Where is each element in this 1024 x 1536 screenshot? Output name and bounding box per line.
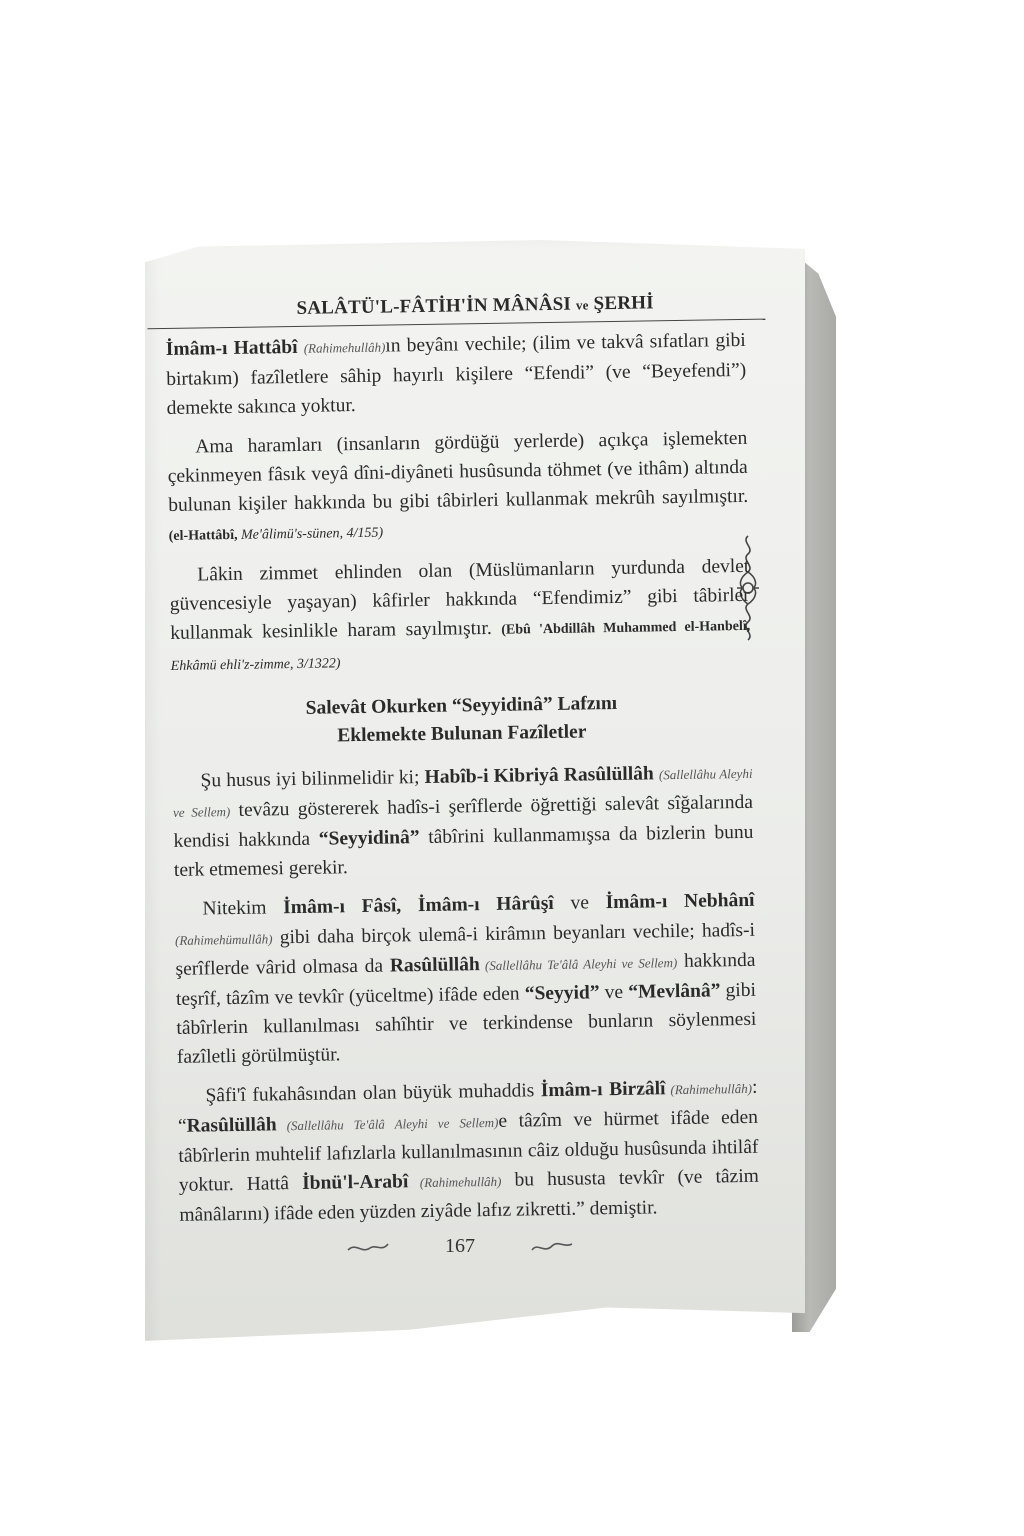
honorific: (Rahimehümullâh): [175, 931, 273, 948]
honorific: (Sallellâhu Te'âlâ Aleyhi ve Sellem): [276, 1115, 498, 1133]
header-title-end: ŞERHİ: [593, 292, 653, 314]
page-content: SALÂTÜ'L-FÂTİH'İN MÂNÂSI ve ŞERHİ İmâm-ı…: [165, 291, 760, 1240]
paragraph: Şâfi'î fukahâsından olan büyük muhaddis …: [177, 1073, 759, 1230]
bold-name: İmâm-ı Hattâbî: [166, 337, 304, 360]
bold-name: İmâm-ı Birzâlî: [541, 1078, 666, 1101]
paragraph: Şu husus iyi bilinmelidir ki; Habîb-i Ki…: [172, 758, 754, 885]
paragraph: Lâkin zimmet ehlinden olan (Müslümanları…: [169, 552, 751, 681]
citation-author: (el-Hattâbî,: [169, 528, 242, 544]
honorific: (Rahimehullâh): [665, 1081, 752, 1097]
honorific: (Rahimehullâh): [408, 1174, 501, 1190]
page-number: 167: [445, 1235, 475, 1257]
text-run: Ama haramları (insanların gördüğü yerler…: [168, 428, 749, 516]
honorific: (Rahimehullâh): [304, 340, 386, 356]
honorific: (Sallellâhu Te'âlâ Aleyhi ve Sellem): [480, 955, 678, 973]
paragraph: İmâm-ı Hattâbî (Rahimehullâh)ın beyânı v…: [166, 326, 747, 423]
flourish-left-icon: [346, 1238, 390, 1256]
text-run: Şu husus iyi bilinmelidir ki;: [200, 767, 424, 792]
book-photo: SALÂTÜ'L-FÂTİH'İN MÂNÂSI ve ŞERHİ İmâm-ı…: [0, 0, 1024, 1536]
page-footer: 167: [330, 1235, 590, 1258]
bold-name: “Seyyidinâ”: [319, 827, 420, 850]
text-run: ve: [599, 982, 628, 1003]
bold-name: Habîb-i Kibriyâ Rasûlüllâh: [424, 763, 659, 788]
bold-name: “Mevlânâ”: [628, 980, 720, 1002]
body-text-part-1: İmâm-ı Hattâbî (Rahimehullâh)ın beyânı v…: [166, 326, 751, 681]
header-title: SALÂTÜ'L-FÂTİH'İN MÂNÂSI: [296, 294, 571, 319]
text-run: Şâfi'î fukahâsından olan büyük muhaddis: [205, 1080, 541, 1106]
bold-name: “Seyyid”: [525, 982, 600, 1004]
text-run: ve: [554, 892, 606, 914]
body-text-part-2: Şu husus iyi bilinmelidir ki; Habîb-i Ki…: [172, 758, 759, 1230]
bold-name: İmâm-ı Fâsî, İmâm-ı Hârûşî: [283, 893, 554, 918]
section-heading: Salevât Okurken “Seyyidinâ” Lafzını Ekle…: [171, 688, 752, 753]
citation-source: Ehkâmü ehli'z-zimme, 3/1322): [171, 656, 341, 674]
text-run: Nitekim: [202, 897, 283, 919]
flourish-right-icon: [530, 1238, 574, 1256]
bold-name: Rasûlüllâh: [390, 954, 480, 976]
paragraph: Nitekim İmâm-ı Fâsî, İmâm-ı Hârûşî ve İm…: [174, 886, 757, 1072]
header-connector: ve: [576, 297, 589, 312]
bold-name: Rasûlüllâh: [186, 1114, 276, 1136]
citation-author: (Ebû 'Abdillâh Muhammed el-Hanbelî,: [501, 619, 750, 638]
citation-source: Me'âlimü's-sünen, 4/155): [241, 526, 383, 543]
bold-name: İbnü'l-Arabî: [302, 1171, 409, 1194]
bold-name: İmâm-ı Nebhânî: [605, 890, 754, 913]
paragraph: Ama haramları (insanların gördüğü yerler…: [167, 424, 749, 551]
